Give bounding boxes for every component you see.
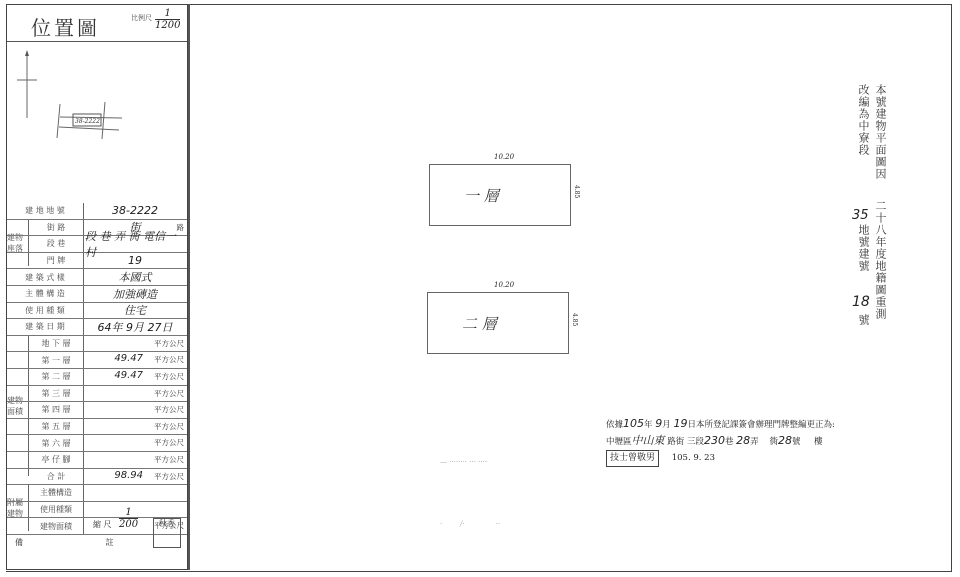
svg-text:38-2222: 38-2222 xyxy=(75,118,100,125)
address-correction-note: 依據105年 9月 19日本所登記課簽會辦理門牌整編更正為: 中壢區中山東 路街… xyxy=(606,416,835,467)
style-value: 本國式 xyxy=(85,269,185,285)
scale-label: 比例尺 xyxy=(131,13,152,23)
door-number-row: 門 牌 19 xyxy=(7,253,187,270)
surveyor-stamp: 技士曾敬男 xyxy=(606,450,659,467)
location-map-title: 位置圖 xyxy=(31,12,100,41)
usage-row: 使 用 種 類 住宅 xyxy=(7,303,187,320)
building-info-table: 建 地 地 號 38-2222 建物座落 街 路 街 路 段 巷 段 巷 弄 衖… xyxy=(7,203,187,535)
side-note-lot-prefix: 35 xyxy=(852,208,869,223)
floor-area-row: 第 四 層平方公尺 xyxy=(7,402,187,419)
lot-number-value: 38-2222 xyxy=(85,203,185,219)
floor-area-row: 第 二 層49.47平方公尺 xyxy=(7,369,187,386)
side-note-year: 二十八年度地籍圖重測 xyxy=(873,200,887,320)
panel-divider xyxy=(188,4,190,570)
left-info-panel: 位置圖 比例尺 1 1200 38-2222 建 地 地 號 xyxy=(6,4,188,570)
floor-area-value: 49.47 xyxy=(114,370,143,381)
location-map-header: 位置圖 比例尺 1 1200 xyxy=(7,5,187,42)
address-group: 建物座落 街 路 街 路 段 巷 段 巷 弄 衖 電信一村 門 牌 19 xyxy=(7,220,187,270)
floor-area-row: 合 計98.94平方公尺 xyxy=(7,469,187,486)
structure-value: 加強磚造 xyxy=(85,286,185,302)
faint-mark-1: — ········ ··· ···· xyxy=(440,458,487,466)
side-note-lot-text: 地號建號 xyxy=(856,224,870,272)
floor-area-value: 49.47 xyxy=(114,353,143,364)
floor-plan-2: 10.20 二 層 4.85 xyxy=(427,292,569,354)
side-note-col1: 本號建物平面圖因 xyxy=(873,84,887,180)
remarks-label: 備 註 xyxy=(15,537,154,548)
floor-plan-1: 10.20 一 層 4.85 xyxy=(429,164,571,226)
usage-value: 住宅 xyxy=(85,303,185,319)
side-note-col2: 改編為中寮段 xyxy=(856,84,870,156)
correction-line-3: 技士曾敬男 105. 9. 23 xyxy=(606,450,835,467)
floor-area-row: 第 一 層49.47平方公尺 xyxy=(7,352,187,369)
floor-area-value: 98.94 xyxy=(114,470,143,481)
annex-structure-row: 主體構造 xyxy=(7,485,187,502)
drawing-scale: 1 200 xyxy=(119,507,138,530)
side-note-build-no: 18 xyxy=(852,294,870,310)
floor-area-row: 亭 仔 腳平方公尺 xyxy=(7,452,187,469)
floor-plan-2-label: 二 層 xyxy=(462,313,497,334)
location-map: 38-2222 xyxy=(7,42,187,202)
door-number-value: 19 xyxy=(85,253,185,269)
structure-row: 主 體 構 造 加強磚造 xyxy=(7,286,187,303)
correction-line-2: 中壢區中山東 路街 三段230巷 28弄 衖28號 樓 xyxy=(606,433,835,450)
side-note-build-suffix: 號 xyxy=(856,314,870,326)
section-lane-row: 段 巷 段 巷 弄 衖 電信一村 xyxy=(7,236,187,253)
build-date-value: 64年 9月 27日 xyxy=(85,319,185,335)
section-lane-value: 段 巷 弄 衖 電信一村 xyxy=(85,236,185,252)
correction-line-1: 依據105年 9月 19日本所登記課簽會辦理門牌整編更正為: xyxy=(606,416,835,433)
correction-date: 105. 9. 23 xyxy=(672,453,715,463)
floor-plan-1-label: 一 層 xyxy=(464,185,499,206)
faint-mark-2: · /· ·· xyxy=(440,520,500,528)
floor-area-row: 地 下 層平方公尺 xyxy=(7,336,187,353)
floor-area-row: 第 六 層平方公尺 xyxy=(7,435,187,452)
drawing-scale-label: 縮 尺 xyxy=(93,519,112,530)
building-survey-sheet: 位置圖 比例尺 1 1200 38-2222 建 地 地 號 xyxy=(0,0,960,577)
floor-area-group: 建物面積 地 下 層平方公尺第 一 層49.47平方公尺第 二 層49.47平方… xyxy=(7,336,187,485)
build-date-row: 建 築 日 期 64年 9月 27日 xyxy=(7,319,187,336)
lot-number-row: 建 地 地 號 38-2222 xyxy=(7,203,187,220)
style-row: 建 築 式 樣 本國式 xyxy=(7,269,187,286)
location-sketch: 38-2222 xyxy=(7,42,187,202)
location-scale: 1 1200 xyxy=(155,8,180,31)
seal-stamp: 秋香 xyxy=(153,518,181,548)
floor-area-row: 第 三 層平方公尺 xyxy=(7,386,187,403)
floor-area-row: 第 五 層平方公尺 xyxy=(7,419,187,436)
